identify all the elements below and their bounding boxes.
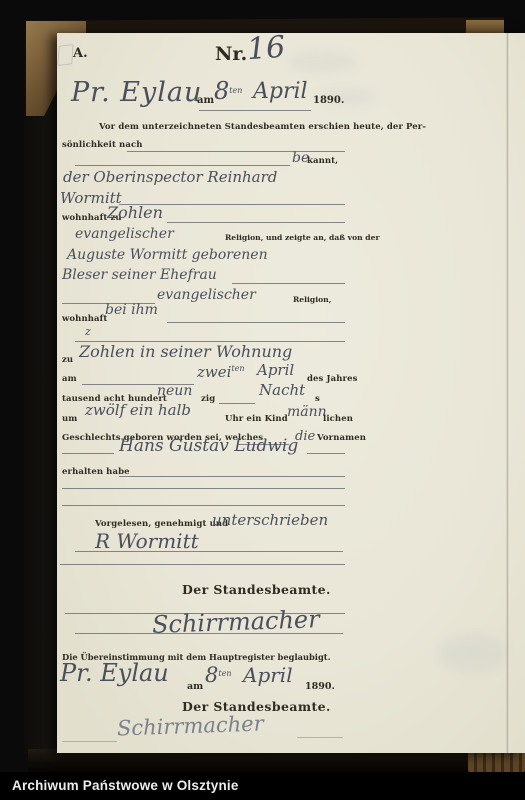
vornamen-label: Vornamen <box>317 433 366 443</box>
religion-2-value: evangelischer <box>157 287 256 303</box>
ruled-line <box>127 151 345 152</box>
margin-mark: z <box>85 325 91 338</box>
ruled-line <box>199 110 311 111</box>
birth-period: Nacht <box>259 381 305 399</box>
religion-2-label: Religion, <box>293 295 331 304</box>
certification-year: 1890. <box>305 681 335 692</box>
archive-caption-text: Archiwum Państwowe w Olsztynie <box>12 778 239 793</box>
declarant-line-1: der Oberinspector Reinhard <box>63 168 277 186</box>
birth-year-value: neun <box>157 383 192 399</box>
birthplace-label: zu <box>62 355 73 365</box>
registrar-title-1: Der Standesbeamte. <box>182 582 331 597</box>
ruled-line <box>297 737 343 738</box>
ruled-line <box>167 322 345 323</box>
book-cover-left-edge <box>24 28 60 754</box>
archive-caption-bar: Archiwum Państwowe w Olsztynie <box>0 772 525 800</box>
gender-value: männ <box>287 404 327 420</box>
header-place: Pr. Eylau <box>71 77 202 108</box>
religion-1-value: evangelischer <box>75 226 174 242</box>
declarant-signature: R Wormitt <box>95 529 199 553</box>
child-names: Hans Gustav Ludwig <box>119 436 298 456</box>
page-fold-crease <box>506 33 509 753</box>
ruled-line <box>62 488 345 489</box>
mother-line-1: Auguste Wormitt geborenen <box>67 247 268 263</box>
birthplace-value: Zohlen in seiner Wohnung <box>79 342 292 361</box>
birth-day: zweiten <box>197 363 245 381</box>
time-after-label: Uhr ein Kind <box>225 414 288 424</box>
header-day: 8ten <box>214 77 242 105</box>
ruled-line <box>232 283 345 284</box>
ruled-line <box>75 551 343 552</box>
birth-period-suffix: s <box>315 394 320 404</box>
ink-ghost-stain <box>437 633 507 673</box>
ruled-line <box>75 165 290 166</box>
certification-month: April <box>243 663 293 687</box>
ink-ghost-stain <box>287 51 357 73</box>
form-letter: A. <box>73 46 88 61</box>
birth-am-label: am <box>62 374 77 384</box>
certification-place: Pr. Eylau <box>60 659 169 687</box>
known-printed: kannt, <box>307 156 338 166</box>
birth-year-suffix: zig <box>201 394 215 404</box>
intro-line-2: sönlichkeit nach <box>62 140 143 150</box>
ruled-line <box>62 505 345 506</box>
number-value: 16 <box>246 30 287 68</box>
mother-line-2: Bleser seiner Ehefrau <box>62 267 217 283</box>
header-year: 1890. <box>313 95 344 106</box>
residence-2-label: wohnhaft <box>62 314 107 324</box>
residence-value: Zohlen <box>107 203 163 222</box>
registrar-signature-2: Schirrmacher <box>117 711 264 740</box>
ruled-line <box>62 453 114 454</box>
religion-1-label: Religion, und zeigte an, daß von der <box>225 233 379 242</box>
certification-day: 8ten <box>205 663 231 687</box>
ruled-line <box>307 453 345 454</box>
ruled-line <box>219 403 255 404</box>
closing-handwritten: unterschrieben <box>212 511 328 529</box>
closing-printed: Vorgelesen, genehmigt und <box>95 519 228 529</box>
time-value: zwölf ein halb <box>85 401 191 419</box>
gender-suffix: lichen <box>323 414 353 424</box>
book-spine-leather <box>468 751 525 772</box>
time-label: um <box>62 414 77 424</box>
header-month: April <box>253 79 308 104</box>
intro-line-1: Vor dem unterzeichneten Standesbeamten e… <box>99 122 426 132</box>
header-am-label: am <box>197 95 214 106</box>
ruled-line <box>167 222 345 223</box>
pencil-mark <box>57 44 73 66</box>
certification-am-label: am <box>187 681 203 692</box>
residence-2-value: bei ihm <box>105 302 158 318</box>
ruled-line <box>75 633 343 634</box>
number-label: Nr. <box>215 43 247 65</box>
ruled-line <box>62 741 117 742</box>
birth-year-label-1: des Jahres <box>307 374 357 384</box>
document-page: A. Nr. 16 Pr. Eylau am 8ten April 1890. … <box>57 33 525 753</box>
ruled-line <box>60 564 345 565</box>
archive-photo: A. Nr. 16 Pr. Eylau am 8ten April 1890. … <box>0 0 525 800</box>
birth-month: April <box>257 361 294 379</box>
ruled-line <box>119 476 345 477</box>
